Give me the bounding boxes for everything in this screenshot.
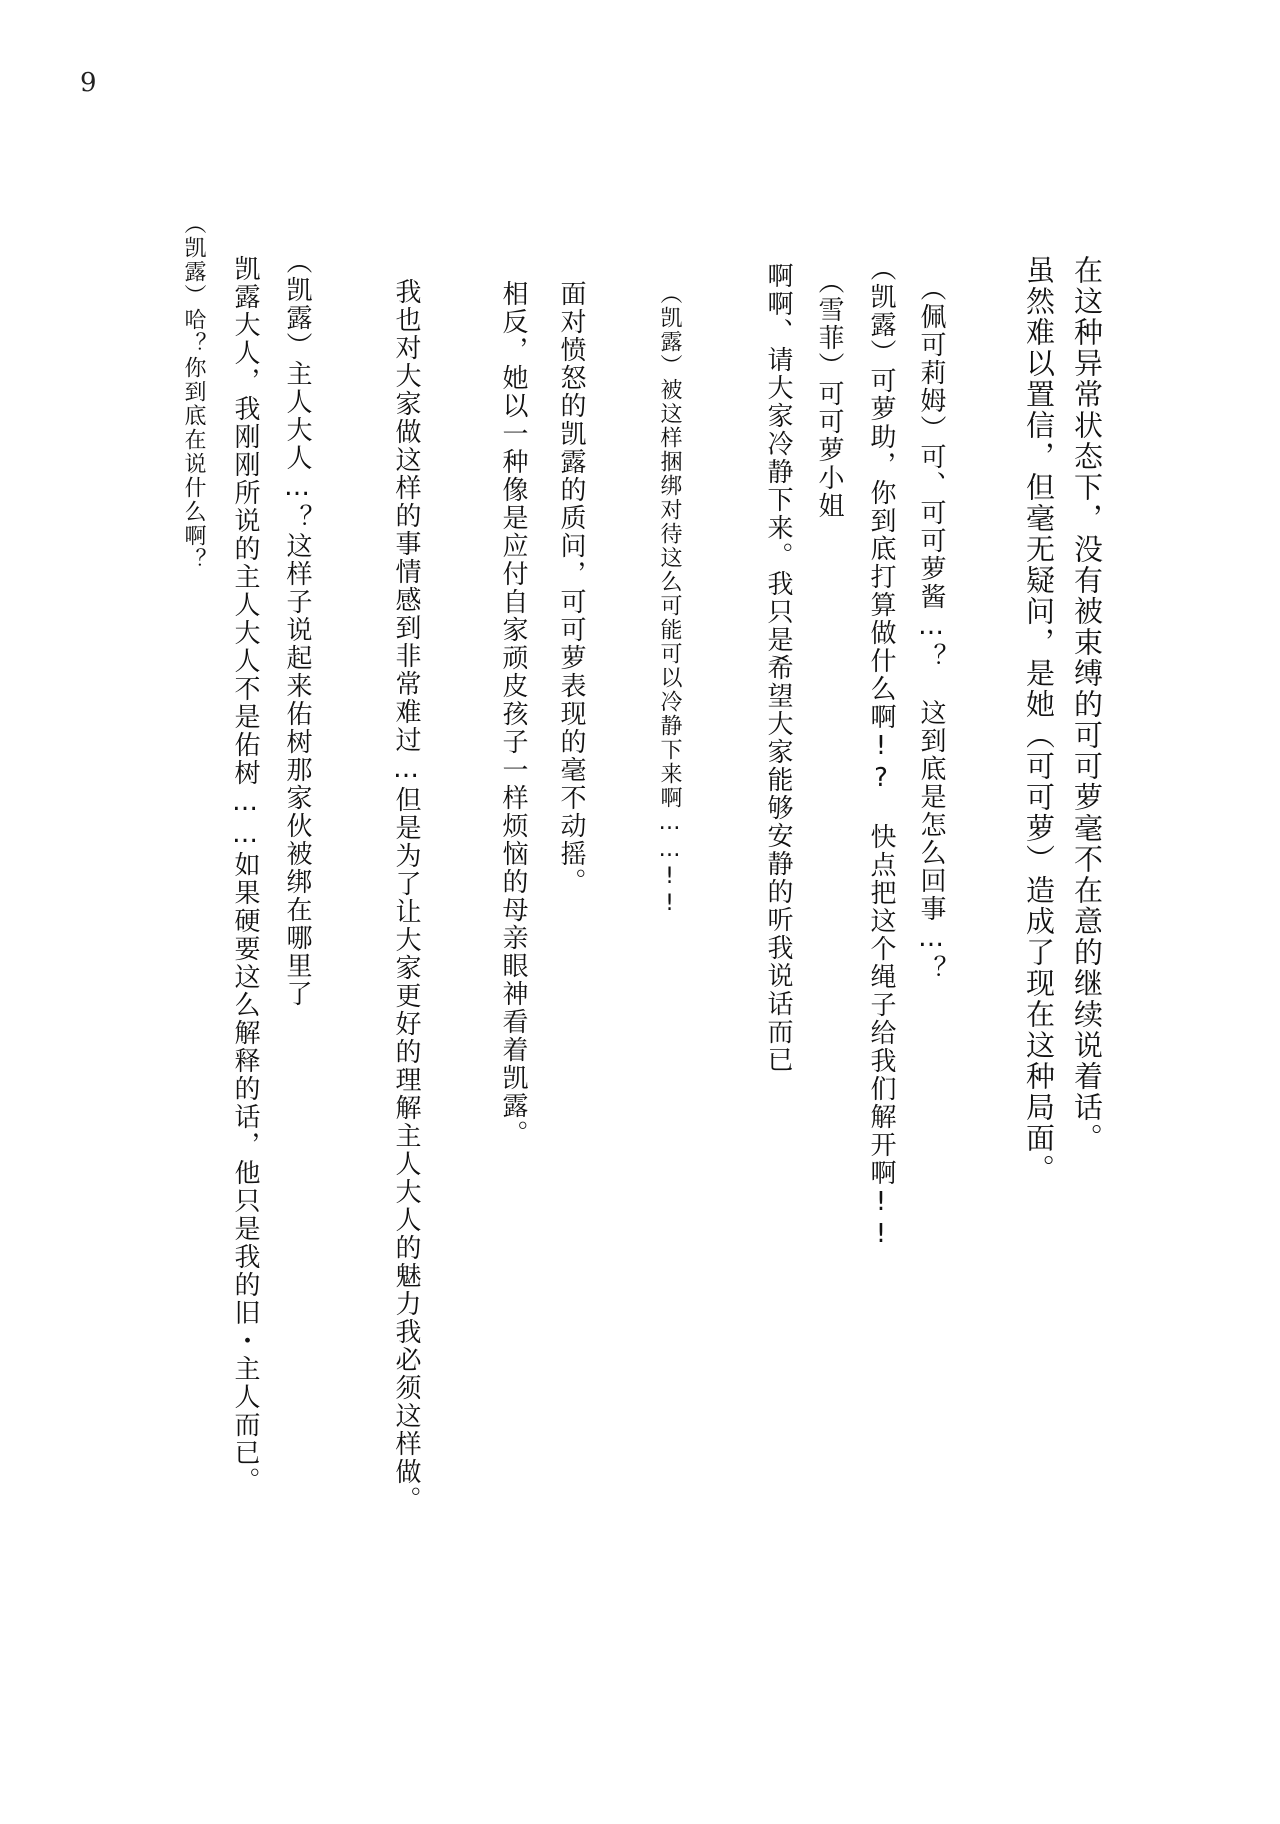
dialogue-pecorine: （佩可莉姆）可、可可萝酱…？ 这到底是怎么回事…？ bbox=[918, 275, 944, 983]
dialogue-kokkoro-3: 凯露大人，我刚刚所说的主人大人不是佑树……如果硬要这么解释的话，他只是我的旧・主… bbox=[232, 255, 258, 1495]
dialogue-shefi: （雪菲）可可萝小姐 bbox=[816, 268, 842, 520]
narration-line-4: 相反，她以一种像是应付自家顽皮孩子一样烦恼的母亲眼神看着凯露。 bbox=[500, 280, 526, 1148]
dialogue-karyl-2: （凯露）被这样捆绑对待这么可能可以冷静下来啊……!! bbox=[658, 282, 680, 918]
dialogue-kokkoro-2: 我也对大家做这样的事情感到非常难过…但是为了让大家更好的理解主人大人的魅力我必须… bbox=[393, 278, 419, 1514]
page-number: 9 bbox=[80, 68, 97, 98]
dialogue-karyl-4: （凯露）哈？你到底在说什么啊？ bbox=[182, 212, 204, 572]
narration-line-2: 虽然难以置信，但毫无疑问，是她（可可萝）造成了现在这种局面。 bbox=[1024, 255, 1053, 1185]
dialogue-karyl-3: （凯露）主人大人…？这样子说起来佑树那家伙被绑在哪里了 bbox=[284, 248, 310, 1008]
narration-line-1: 在这种异常状态下，没有被束缚的可可萝毫不在意的继续说着话。 bbox=[1072, 255, 1101, 1154]
dialogue-karyl-1: （凯露）可萝助，你到底打算做什么啊!? 快点把这个绳子给我们解开啊!! bbox=[868, 255, 894, 1251]
narration-line-3: 面对愤怒的凯露的质问，可可萝表现的毫不动摇。 bbox=[558, 280, 584, 896]
dialogue-kokkoro-1: 啊啊、请大家冷静下来。我只是希望大家能够安静的听我说话而已 bbox=[765, 262, 791, 1074]
